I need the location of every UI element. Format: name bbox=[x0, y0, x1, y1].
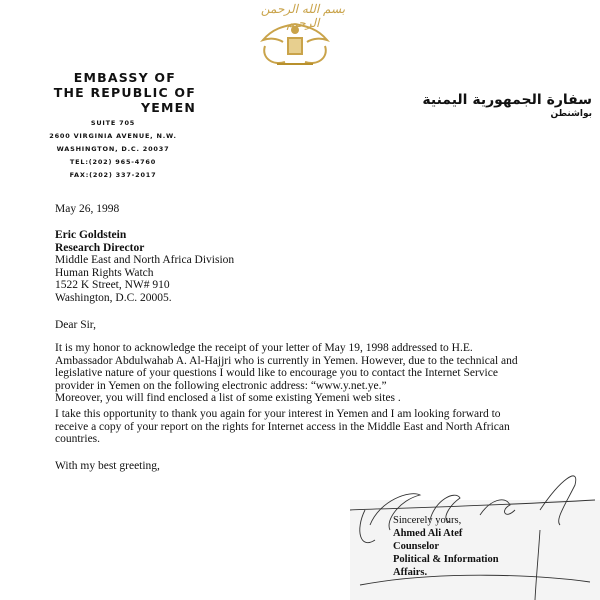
signer-department: Political & Information bbox=[393, 553, 499, 566]
recipient-city: Washington, D.C. 20005. bbox=[55, 292, 234, 305]
suite: SUITE 705 bbox=[0, 115, 196, 130]
embassy-name-line1: EMBASSY OF bbox=[0, 70, 196, 85]
city-arabic: بواشنطن bbox=[422, 108, 592, 120]
recipient-division: Middle East and North Africa Division bbox=[55, 254, 234, 267]
recipient-street: 1522 K Street, NW# 910 bbox=[55, 279, 234, 292]
letterhead-english: EMBASSY OF THE REPUBLIC OF YEMEN SUITE 7… bbox=[0, 70, 196, 182]
body-paragraph-2: I take this opportunity to thank you aga… bbox=[55, 408, 595, 446]
signer-department-cont: Affairs. bbox=[393, 566, 499, 579]
city-address: WASHINGTON, D.C. 20037 bbox=[0, 143, 196, 156]
signer-name: Ahmed Ali Atef bbox=[393, 527, 499, 540]
paragraph-line: receive a copy of your report on the rig… bbox=[55, 421, 595, 434]
letter-date: May 26, 1998 bbox=[55, 203, 119, 216]
street-address: 2600 VIRGINIA AVENUE, N.W. bbox=[0, 130, 196, 143]
recipient-name: Eric Goldstein bbox=[55, 229, 234, 242]
paragraph-line: I take this opportunity to thank you aga… bbox=[55, 408, 595, 421]
yemen-eagle-emblem-icon bbox=[255, 18, 335, 70]
telephone: TEL:(202) 965-4760 bbox=[0, 156, 196, 169]
paragraph-line: provider in Yemen on the following elect… bbox=[55, 380, 595, 393]
embassy-name-arabic: سفارة الجمهورية اليمنية bbox=[422, 92, 592, 108]
signer-title: Counselor bbox=[393, 540, 499, 553]
signature-block: Sincerely yours, Ahmed Ali Atef Counselo… bbox=[393, 514, 499, 579]
recipient-address: Eric Goldstein Research Director Middle … bbox=[55, 229, 234, 304]
paragraph-line: Moreover, you will find enclosed a list … bbox=[55, 392, 595, 405]
salutation: Dear Sir, bbox=[55, 319, 96, 332]
fax: FAX:(202) 337-2017 bbox=[0, 169, 196, 182]
recipient-title: Research Director bbox=[55, 242, 234, 255]
body-paragraph-1: It is my honor to acknowledge the receip… bbox=[55, 342, 595, 405]
paragraph-line: legislative nature of your questions I w… bbox=[55, 367, 595, 380]
letterhead-arabic: سفارة الجمهورية اليمنية بواشنطن bbox=[422, 92, 592, 120]
paragraph-line: countries. bbox=[55, 433, 595, 446]
closing-greeting: With my best greeting, bbox=[55, 460, 160, 473]
closing-phrase: Sincerely yours, bbox=[393, 514, 499, 527]
embassy-name-line2: THE REPUBLIC OF YEMEN bbox=[0, 85, 196, 115]
paragraph-line: It is my honor to acknowledge the receip… bbox=[55, 342, 595, 355]
recipient-organization: Human Rights Watch bbox=[55, 267, 234, 280]
paragraph-line: Ambassador Abdulwahab A. Al-Hajjri who i… bbox=[55, 355, 595, 368]
